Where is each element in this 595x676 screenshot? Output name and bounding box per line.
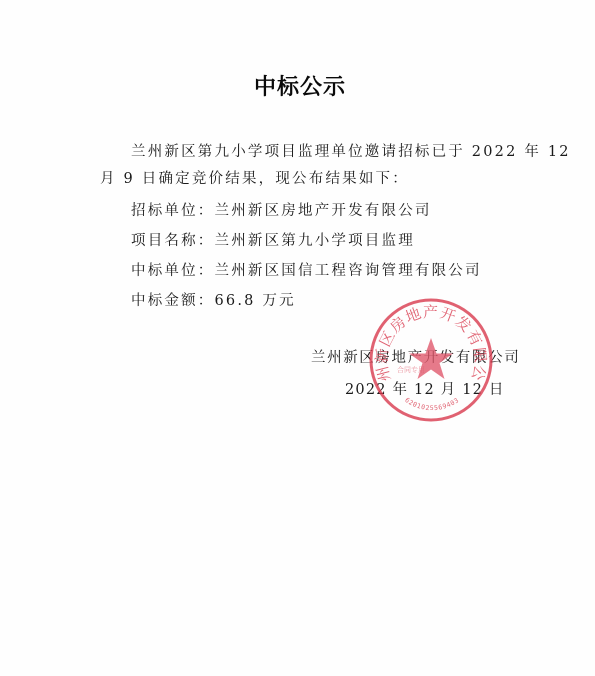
stamp-arc-text: 兰州新区房地产开发有限公司	[367, 296, 490, 383]
project-name-label: 项目名称：	[131, 233, 215, 249]
winning-unit-label: 中标单位：	[131, 263, 215, 279]
bidding-unit-row: 招标单位：兰州新区房地产开发有限公司	[131, 199, 432, 220]
intro-paragraph-line-1: 兰州新区第九小学项目监理单位邀请招标已于 2022 年 12	[131, 140, 571, 161]
winning-unit-row: 中标单位：兰州新区国信工程咨询管理有限公司	[131, 259, 482, 280]
bidding-unit-value: 兰州新区房地产开发有限公司	[215, 203, 432, 219]
signature-date: 2022 年 12 月 12 日	[345, 378, 505, 399]
bidding-unit-label: 招标单位：	[131, 203, 215, 219]
winning-amount-label: 中标金额：	[131, 293, 215, 309]
project-name-value: 兰州新区第九小学项目监理	[215, 233, 415, 249]
signature-company: 兰州新区房地产开发有限公司	[311, 346, 520, 367]
document-title: 中标公示	[0, 70, 595, 101]
svg-text:兰州新区房地产开发有限公司: 兰州新区房地产开发有限公司	[367, 296, 490, 383]
winning-amount-value: 66.8 万元	[215, 293, 296, 309]
intro-paragraph-line-2: 月 9 日确定竞价结果，现公布结果如下：	[100, 167, 409, 188]
winning-amount-row: 中标金额：66.8 万元	[131, 289, 296, 310]
winning-unit-value: 兰州新区国信工程咨询管理有限公司	[215, 263, 482, 279]
project-name-row: 项目名称：兰州新区第九小学项目监理	[131, 229, 415, 250]
document-page: 中标公示 兰州新区第九小学项目监理单位邀请招标已于 2022 年 12 月 9 …	[0, 0, 595, 676]
